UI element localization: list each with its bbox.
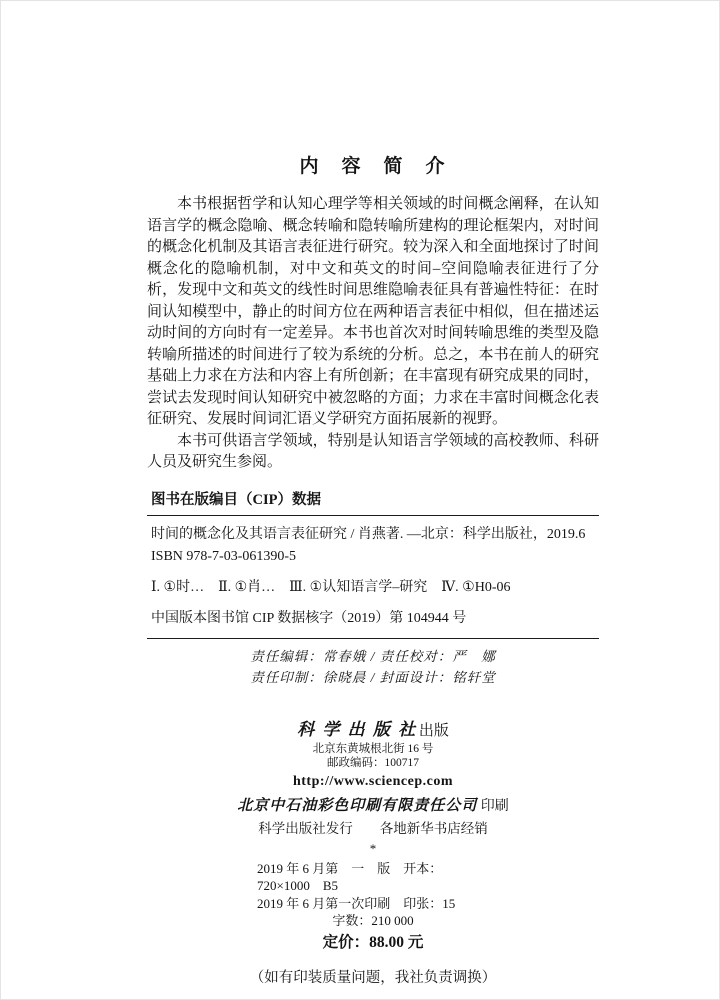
imprint-block: 科 学 出 版 社 出版 北京东黄城根北街 16 号 邮政编码：100717 h…	[147, 719, 599, 856]
abstract-paragraph-1: 本书根据哲学和认知心理学等相关领域的时间概念阐释，在认知语言学的概念隐喻、概念转…	[147, 194, 599, 431]
cip-header: 图书在版编目（CIP）数据	[147, 488, 599, 516]
page-title: 内 容 简 介	[147, 151, 599, 178]
edition-block: 2019 年 6 月第 一 版 开本：720×1000 B5 2019 年 6 …	[257, 860, 489, 953]
credits-block: 责任编辑：常春娥 / 责任校对：严 娜 责任印制：徐晓晨 / 封面设计：铭轩堂	[147, 646, 599, 689]
book-copyright-page: 内 容 简 介 本书根据哲学和认知心理学等相关领域的时间概念阐释，在认知语言学的…	[0, 0, 720, 1000]
publisher-postcode: 邮政编码：100717	[147, 756, 599, 770]
distribution-line: 科学出版社发行 各地新华书店经销	[147, 820, 599, 838]
publisher-name: 科 学 出 版 社	[297, 720, 415, 739]
credits-print-design-line: 责任印制：徐晓晨 / 封面设计：铭轩堂	[147, 667, 599, 689]
cip-classification: Ⅰ. ①时… Ⅱ. ①肖… Ⅲ. ①认知语言学–研究 Ⅳ. ①H0-06	[147, 577, 599, 599]
cip-record-number: 中国版本图书馆 CIP 数据核字（2019）第 104944 号	[147, 608, 599, 630]
edition-line-2: 2019 年 6 月第一次印刷 印张：15	[257, 895, 489, 913]
publisher-website: http://www.sciencep.com	[147, 772, 599, 791]
credits-editors-line: 责任编辑：常春娥 / 责任校对：严 娜	[147, 646, 599, 668]
content-column: 内 容 简 介 本书根据哲学和认知心理学等相关领域的时间概念阐释，在认知语言学的…	[1, 1, 719, 987]
printer-name: 北京中石油彩色印刷有限责任公司	[237, 798, 477, 814]
printer-suffix: 印刷	[481, 799, 509, 814]
publisher-address: 北京东黄城根北街 16 号	[147, 742, 599, 756]
printer-line: 北京中石油彩色印刷有限责任公司 印刷	[147, 796, 599, 817]
section-divider-asterisk: *	[147, 841, 599, 856]
quality-notice: （如有印装质量问题，我社负责调换）	[147, 966, 599, 987]
publisher-suffix: 出版	[419, 723, 449, 739]
cip-isbn: ISBN 978-7-03-061390-5	[147, 546, 599, 568]
abstract-paragraph-2: 本书可供语言学领域，特别是认知语言学领域的高校教师、科研人员及研究生参阅。	[147, 431, 599, 474]
cip-block: 图书在版编目（CIP）数据 时间的概念化及其语言表征研究 / 肖燕著. —北京：…	[147, 488, 599, 639]
word-count-line: 字数：210 000	[257, 912, 489, 930]
publisher-name-line: 科 学 出 版 社 出版	[147, 719, 599, 742]
price-line: 定价：88.00 元	[257, 932, 489, 953]
cip-title-line: 时间的概念化及其语言表征研究 / 肖燕著. —北京：科学出版社，2019.6	[147, 524, 599, 546]
edition-line-1: 2019 年 6 月第 一 版 开本：720×1000 B5	[257, 860, 489, 895]
